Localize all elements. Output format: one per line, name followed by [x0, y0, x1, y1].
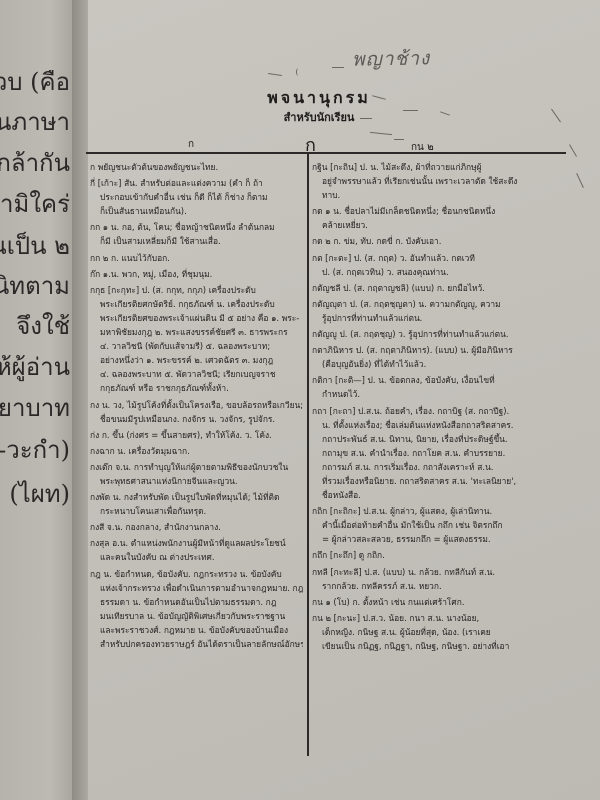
- dictionary-entry: กฐิน [กะถิน] ป. น. ไม้สะดึง, ผ้าที่ถวายแ…: [312, 160, 562, 174]
- guide-word-left: ก: [188, 137, 194, 152]
- entry-continuation: กระหนาบโคนเสาเพื่อกันทรุด.: [90, 504, 303, 518]
- entry-continuation: = ผู้กล่าวสละสลวย, ธรรมกถึก = ผู้แสดงธรร…: [312, 532, 562, 546]
- entry-continuation: และพระราชวงศ์. กฎหมาย น. ข้อบังคับของบ้า…: [90, 623, 303, 637]
- dictionary-entry: กตาภินิหาร ป. (ส. กฤตาภินิหาร). (แบบ) น.…: [312, 343, 562, 357]
- dictionary-entry: กงพัด น. กงสำหรับพัด เป็นรูปใบพัดที่หมุน…: [90, 490, 303, 504]
- entry-continuation: พระพุทธศาสนาแห่งนิกายจีนและญวน.: [90, 474, 303, 488]
- dictionary-entry: กก ๒ ก. แนบไว้กับอก.: [90, 251, 303, 265]
- facing-page-line: ยาบาท: [0, 388, 70, 427]
- entry-continuation: มนเทียรบาล น. ข้อบัญญัติพิเศษเกี่ยวกับพร…: [90, 609, 303, 623]
- facing-left-page: วบ (คือในภาษางกล้ากันรามิใคร่นเป็น ๒นิทต…: [0, 0, 72, 800]
- dictionary-entry: กต [กะตะ] ป. (ส. กฤต) ว. อันทำแล้ว. กตเว…: [312, 251, 562, 265]
- entry-continuation: ป. (ส. กฤตเวทิน) ว. สนองคุณท่าน.: [312, 265, 562, 279]
- dictionary-entry: กทลี [กะทะลี] ป.ส. (แบบ) น. กล้วย. กทลีก…: [312, 565, 562, 579]
- entry-continuation: ธรรมดา น. ข้อกำหนดอันเป็นไปตามธรรมดา. กฎ: [90, 595, 303, 609]
- dictionary-entry: กงสุล อ.น. ตำแหน่งพนักงานผู้มีหน้าที่ดูแ…: [90, 536, 303, 550]
- facing-page-line: งกล้ากัน: [0, 143, 70, 182]
- dictionary-entry: กงฉาก น. เครื่องวัดมุมฉาก.: [90, 444, 303, 458]
- entry-continuation: พระเกียรติยศของพระเจ้าแผ่นดิน มี ๕ อย่าง…: [90, 311, 303, 325]
- pencil-mark: [296, 68, 301, 76]
- facing-page-line: รามิใคร่: [0, 184, 70, 223]
- entry-continuation: เด็กหญิง. กนิษฐ ส.น. ผู้น้อยที่สุด, น้อง…: [312, 625, 562, 639]
- entry-continuation: มหาพิชัยมงกุฎ ๒. พระแสงขรรค์ชัยศรี ๓. ธา…: [90, 325, 303, 339]
- dictionary-entry: กน ๑ (โบ) ก. ตั้งหน้า เช่น กนแต่เศร้าโศก…: [312, 595, 562, 609]
- dictionary-entry: กตัญชลี ป. (ส. กฤตาญชลิ) (แบบ) ก. ยกมือไ…: [312, 281, 562, 295]
- dictionary-entry: กง น. วง, ไม้รูปโค้งที่ตั้งเป็นโครงเรือ,…: [90, 398, 303, 412]
- column-divider: [307, 153, 309, 756]
- facing-page-line: ห้ผู้อ่าน: [0, 347, 70, 386]
- handwritten-note: พญาช้าง: [352, 43, 431, 74]
- entry-continuation: และคนในบังคับ ณ ต่างประเทศ.: [90, 550, 303, 564]
- dictionary-entry: กด ๒ ก. ข่ม, ทับ. กดขี่ ก. บังคับเอา.: [312, 234, 562, 248]
- dictionary-entry: กถา [กะถา] ป.ส.น. ถ้อยคำ, เรื่อง. กถาบิฐ…: [312, 404, 562, 418]
- entry-continuation: กถารมภ์ ส.น. การเริ่มเรื่อง. กถาสังเคราะ…: [312, 460, 562, 474]
- dictionary-entry: กฎ น. ข้อกำหนด, ข้อบังคับ. กฎกระทรวง น. …: [90, 567, 303, 581]
- entry-continuation: แห่งเจ้ากระทรวง เพื่อดำเนินการตามอำนาจกฎ…: [90, 581, 303, 595]
- facing-page-line: นเป็น ๒: [0, 226, 70, 265]
- entry-continuation: เขียนเป็น กนิฏฐ, กนิฏฐา, กนิษฐ, กนิษฐา. …: [312, 639, 562, 653]
- dictionary-entry: กถึก [กะถึก] ดู กถิก.: [312, 548, 562, 562]
- right-column: กฐิน [กะถิน] ป. น. ไม้สะดึง, ผ้าที่ถวายแ…: [312, 158, 562, 653]
- dictionary-entry: กี่ [เก้าะ] สัน. สำหรับต่อและแต่งความ (ค…: [90, 176, 303, 190]
- entry-continuation: ๔. ฉลองพระบาท ๕. พัดวาลวิชนี; เรียกเบญจร…: [90, 367, 303, 381]
- dictionary-entry: กตัญญู ป. (ส. กฤตชฺญ) ว. รู้อุปการที่ท่า…: [312, 327, 562, 341]
- entry-continuation: ชื่อขนมมีรูปเหมือนกง. กงจักร น. วงจักร, …: [90, 412, 303, 426]
- facing-page-line: (ไผท): [9, 474, 70, 513]
- entry-continuation: ทาบ.: [312, 188, 562, 202]
- dictionary-entry: ก่ง ก. ขึ้น (ก่งศร = ขึ้นสายศร), ทำให้โค…: [90, 428, 303, 442]
- entry-continuation: กำหนดไว้.: [312, 387, 562, 401]
- entry-continuation: สำหรับปกครองทวยราษฎร์ อันได้ตราเป็นลายลั…: [90, 637, 303, 651]
- entry-continuation: ประกอบเข้ากับคำอื่น เช่น ก็ดี ก็ได้ ก็ช่…: [90, 190, 303, 204]
- entry-continuation: กถามุข ส.น. คำนำเรื่อง. กถาโยค ส.น. คำบร…: [312, 446, 562, 460]
- facing-page-line: นิทตาม: [0, 266, 70, 305]
- entry-continuation: คล้ายเหยี่ยว.: [312, 218, 562, 232]
- dictionary-entry: กถิก [กะถิกะ] ป.ส.น. ผู้กล่าว, ผู้แสดง, …: [312, 504, 562, 518]
- dictionary-entry: กน ๒ [กะนะ] ป.ส.ว. น้อย. กนา ส.น. นางน้อ…: [312, 611, 562, 625]
- entry-continuation: พระเกียรติยศกษัตริย์. กกุธภัณฑ์ น. เครื่…: [90, 297, 303, 311]
- entry-continuation: คำนี้เมื่อต่อท้ายคำอื่น มักใช้เป็น กถึก …: [312, 518, 562, 532]
- facing-page-line: ในภาษา: [0, 102, 70, 141]
- entry-continuation: รากกล้วย. กทลีครรภ์ ส.น. หยวก.: [312, 579, 562, 593]
- dictionary-entry: กกุธ [กะกุทะ] ป. (ส. กกุท, กกุภ) เครื่อง…: [90, 283, 303, 297]
- entry-continuation: ที่รวมเรื่องหรือนิยาย. กถาสริตสาคร ส.น. …: [312, 474, 562, 488]
- page-subtitle: สำหรับนักเรียน: [244, 108, 394, 126]
- dictionary-entry: กงเต๊ก จ.น. การทำบุญให้แก่ผู้ตายตามพิธีข…: [90, 460, 303, 474]
- pencil-mark: [394, 139, 404, 140]
- dictionary-entry: ก๊ก ๑.น. พวก, หมู่, เมือง, ที่ชุมนุม.: [90, 267, 303, 281]
- dictionary-entry: กตัญญุตา ป. (ส. กฤตชฺญตา) น. ความกตัญญู,…: [312, 297, 562, 311]
- dictionary-entry: กติกา [กะติ—] ป. น. ข้อตกลง, ข้อบังคับ, …: [312, 373, 562, 387]
- entry-continuation: (คือบุญอันยิ่ง) ที่ได้ทำไว้แล้ว.: [312, 357, 562, 371]
- entry-continuation: ๔. วาลวิชนี (พัดกับแส้จามรี) ๕. ฉลองพระบ…: [90, 339, 303, 353]
- entry-continuation: น. ที่ตั้งแห่งเรื่อง; ชื่อเล่มต้นแห่งหนั…: [312, 418, 562, 432]
- entry-continuation: รู้อุปการที่ท่านทำแล้วแก่ตน.: [312, 311, 562, 325]
- dictionary-entry: ก พยัญชนะตัวต้นของพยัญชนะไทย.: [90, 160, 303, 174]
- entry-continuation: ก็เป็นสันธานเหมือนกัน).: [90, 204, 303, 218]
- entry-continuation: ชื่อหนังสือ.: [312, 488, 562, 502]
- entry-continuation: อยู่จำพรรษาแล้ว ที่เรียกเช่นนั้น เพราะเว…: [312, 174, 562, 188]
- entry-continuation: กถาประพันธ์ ส.น. นิทาน, นิยาย, เรื่องที่…: [312, 432, 562, 446]
- entry-continuation: อย่างหนึ่งว่า ๑. พระขรรค์ ๒. เศวตฉัตร ๓.…: [90, 353, 303, 367]
- facing-page-line: จึงใช้: [16, 306, 70, 345]
- facing-page-line: วบ (คือ: [0, 62, 70, 101]
- dictionary-entry: กก ๑ น. กอ, ต้น, โคน; ชื่อหญ้าชนิดหนึ่ง …: [90, 220, 303, 234]
- left-column: ก พยัญชนะตัวต้นของพยัญชนะไทย.กี่ [เก้าะ]…: [90, 158, 303, 651]
- pencil-mark: [332, 67, 344, 68]
- entry-continuation: ก็มี เป็นสามเหลี่ยมก็มี ใช้สานเสื่อ.: [90, 234, 303, 248]
- header-rule: [86, 152, 566, 154]
- pencil-mark: [403, 110, 418, 111]
- dictionary-entry: กด ๑ น. ชื่อปลาไม่มีเกล็ดชนิดหนึ่ง; ชื่อ…: [312, 204, 562, 218]
- dictionary-entry: กงสี จ.น. กองกลาง, สำนักงานกลาง.: [90, 520, 303, 534]
- facing-page-line: -วะกำ): [0, 430, 70, 469]
- entry-continuation: กกุธภัณฑ์ หรือ ราชกกุธภัณฑ์ทั้งห้า.: [90, 381, 303, 395]
